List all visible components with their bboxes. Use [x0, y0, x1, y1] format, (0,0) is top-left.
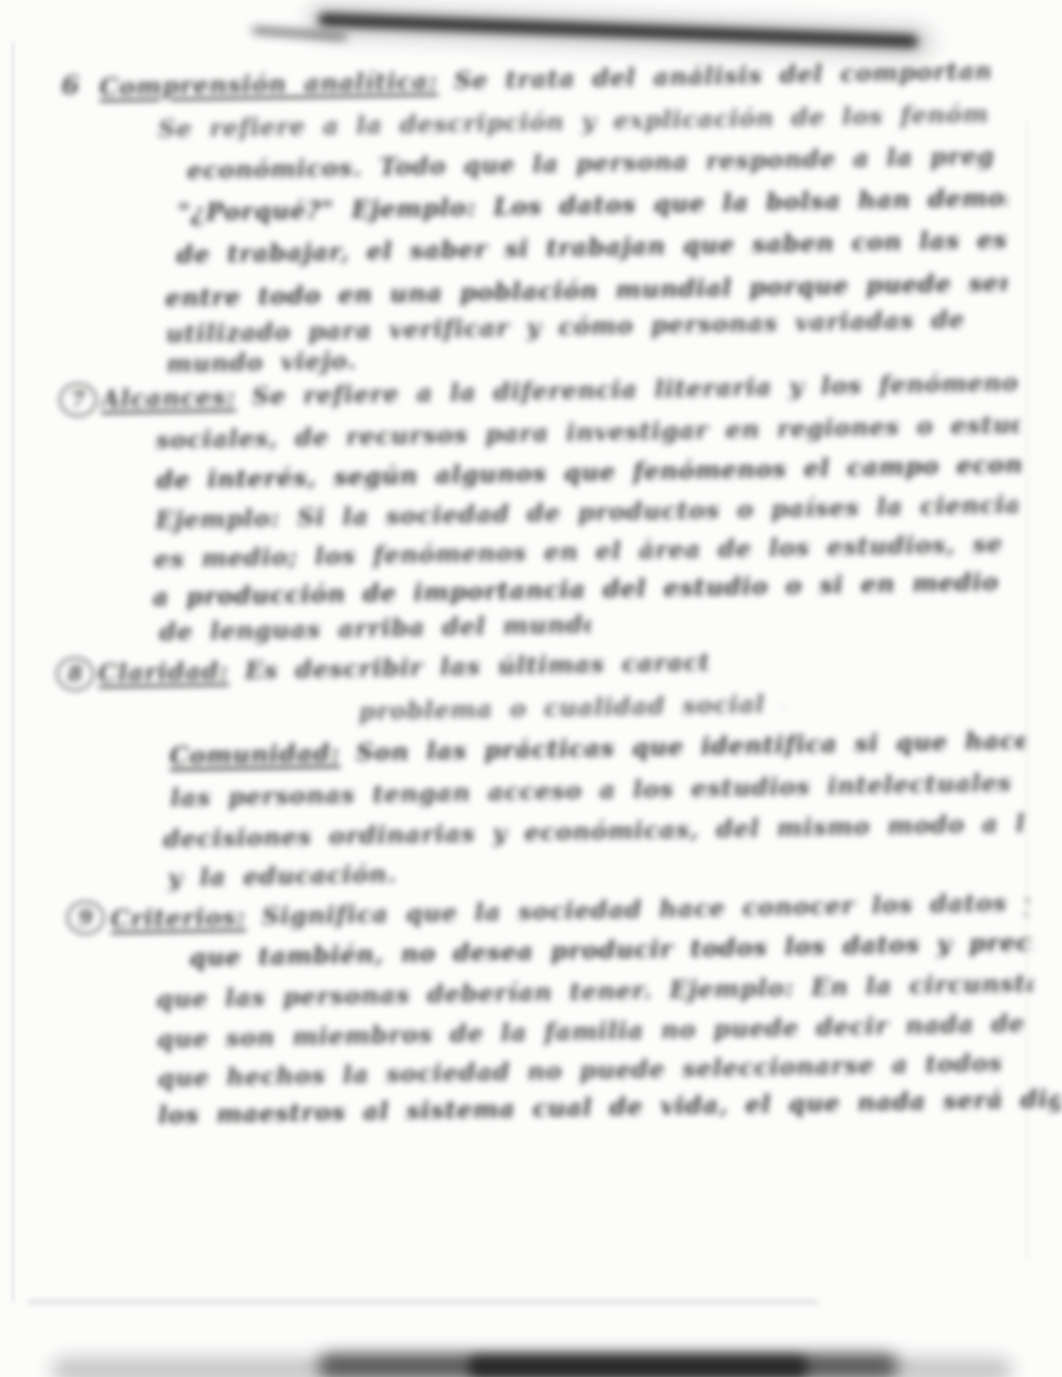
scanned-page: 6 Comprensión analítica:Se trata del aná…	[0, 0, 1062, 1377]
list-marker-1: 6	[61, 71, 80, 101]
list-marker-2: 7	[59, 382, 98, 417]
paragraph-1: 6 Comprensión analítica:Se trata del aná…	[0, 0, 1060, 2]
list-marker-3: 8	[56, 657, 95, 692]
paragraph-4: 9 Criterios:Significa que la sociedad ha…	[0, 0, 1060, 2]
list-marker-4: 9	[66, 900, 105, 935]
paragraph-2-heading: Alcances:	[101, 382, 252, 414]
paragraph-2: 7 Alcances:Se refiere a la diferencia li…	[0, 0, 1060, 2]
paragraph-3: 8 Claridad:Es describir las últimas cara…	[0, 0, 1060, 2]
paragraph-3-subheading: Comunidad:	[169, 738, 356, 770]
handwritten-line: y la educación.	[168, 859, 407, 905]
handwriting-layer: 6 Comprensión analítica:Se trata del aná…	[0, 0, 1062, 1377]
paragraph-4-heading: Criterios:	[110, 902, 262, 934]
paragraph-1-heading: Comprensión analítica:	[99, 66, 454, 101]
paragraph-3-heading: Claridad:	[98, 656, 245, 688]
